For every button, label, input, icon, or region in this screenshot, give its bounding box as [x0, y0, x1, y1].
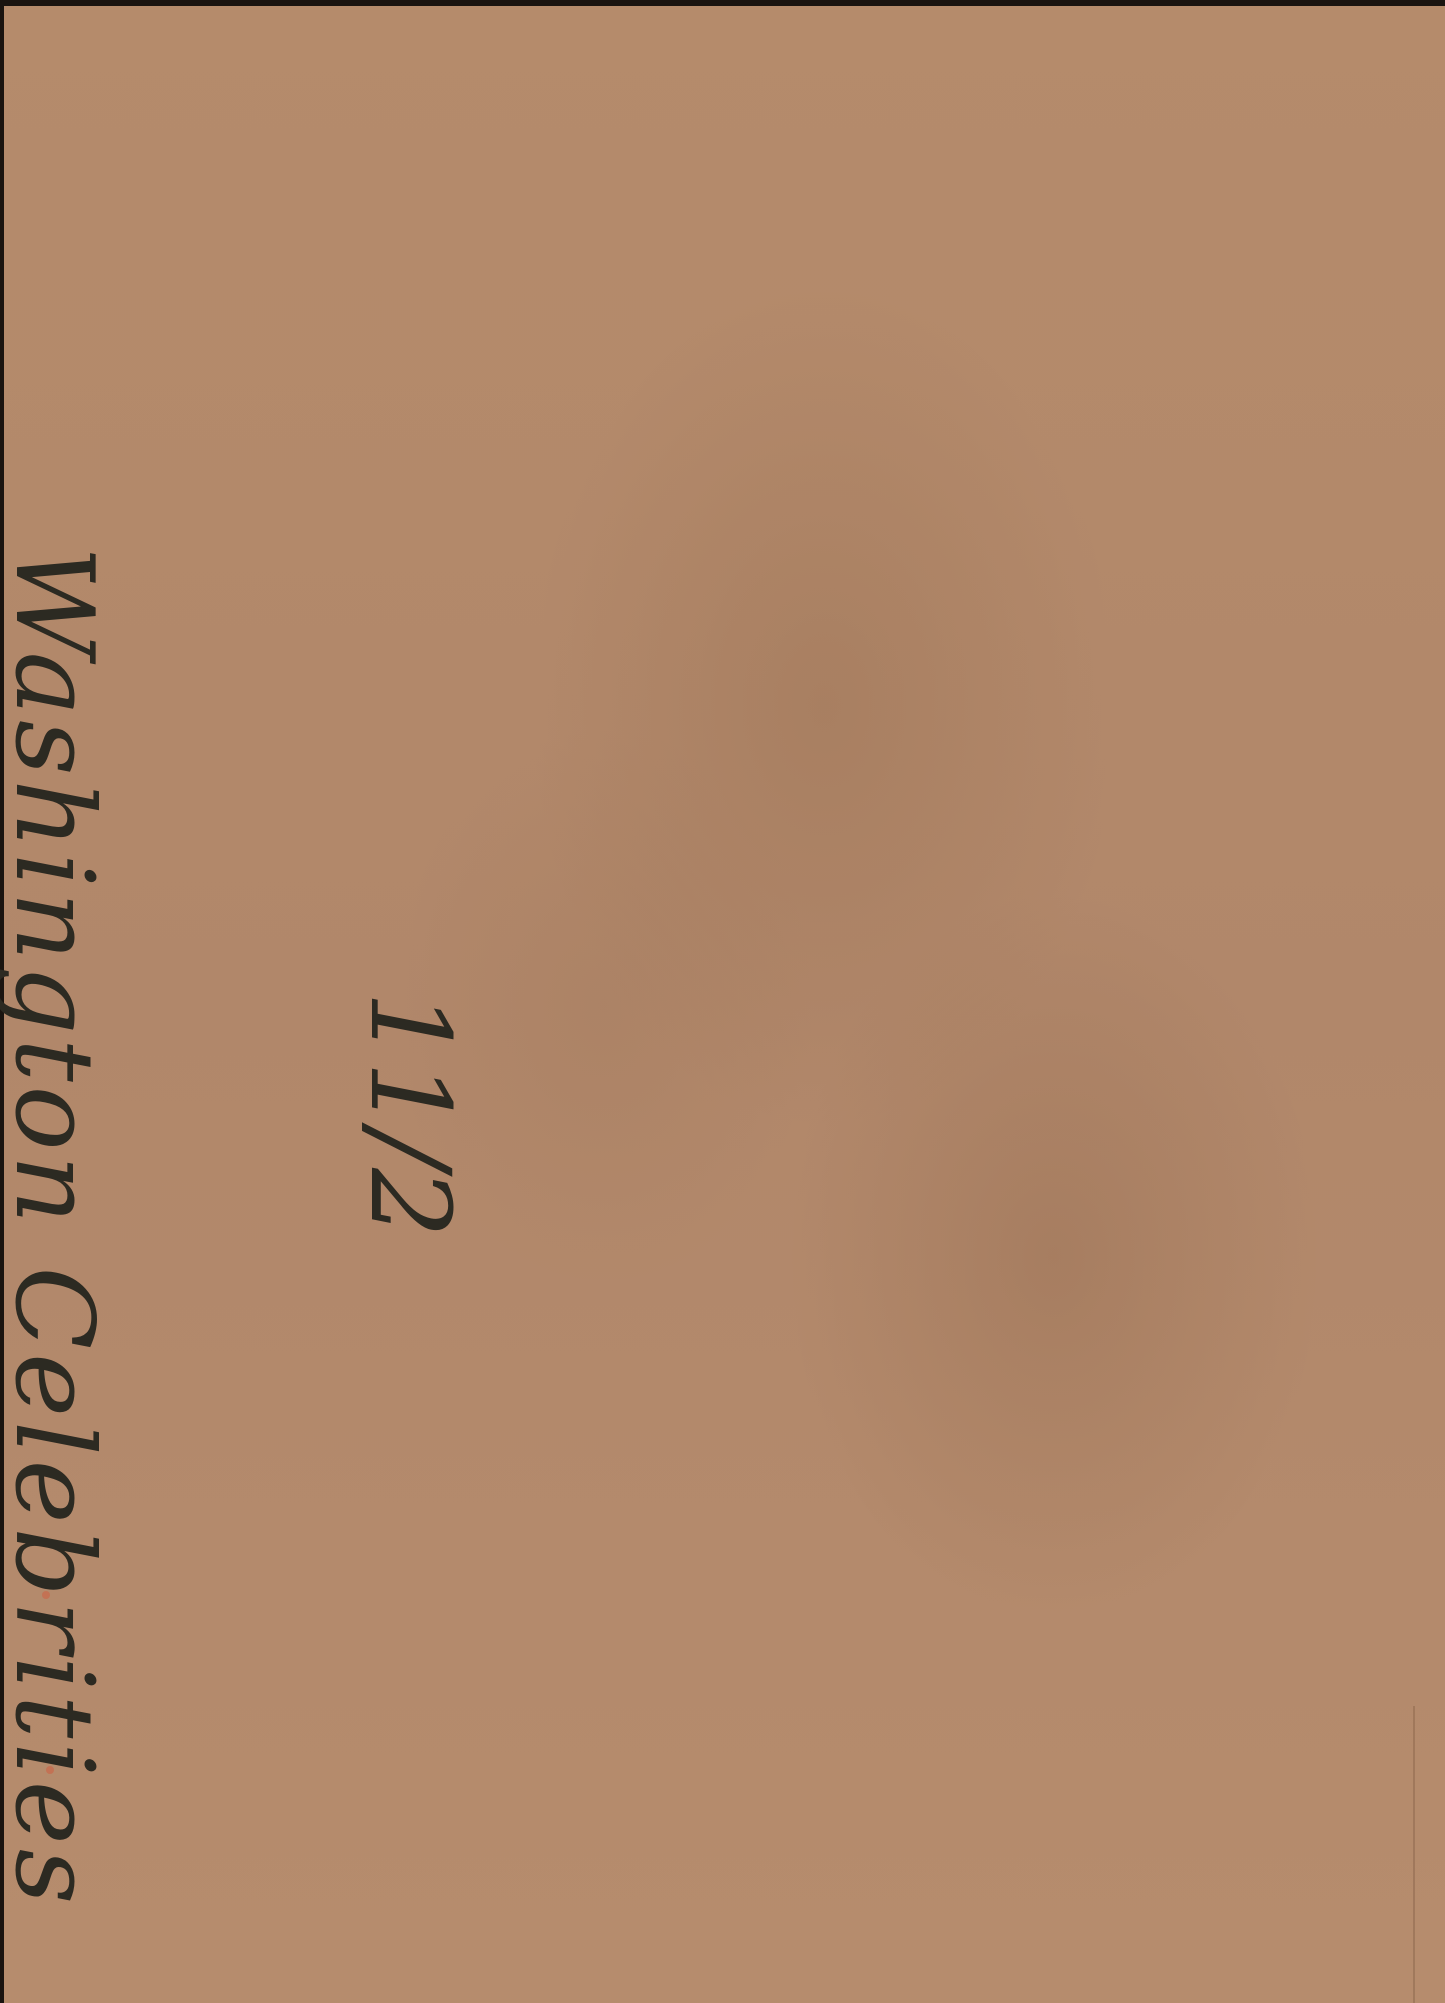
handwritten-title: Washington Celebrities — [0, 546, 116, 1908]
handwritten-fraction: 11/2 — [346, 991, 474, 1238]
paper-sheet: Washington Celebrities 11/2 — [4, 6, 1445, 2003]
ink-speck — [42, 1591, 50, 1599]
paper-crease — [1413, 1706, 1415, 2003]
ink-speck — [46, 1766, 54, 1774]
